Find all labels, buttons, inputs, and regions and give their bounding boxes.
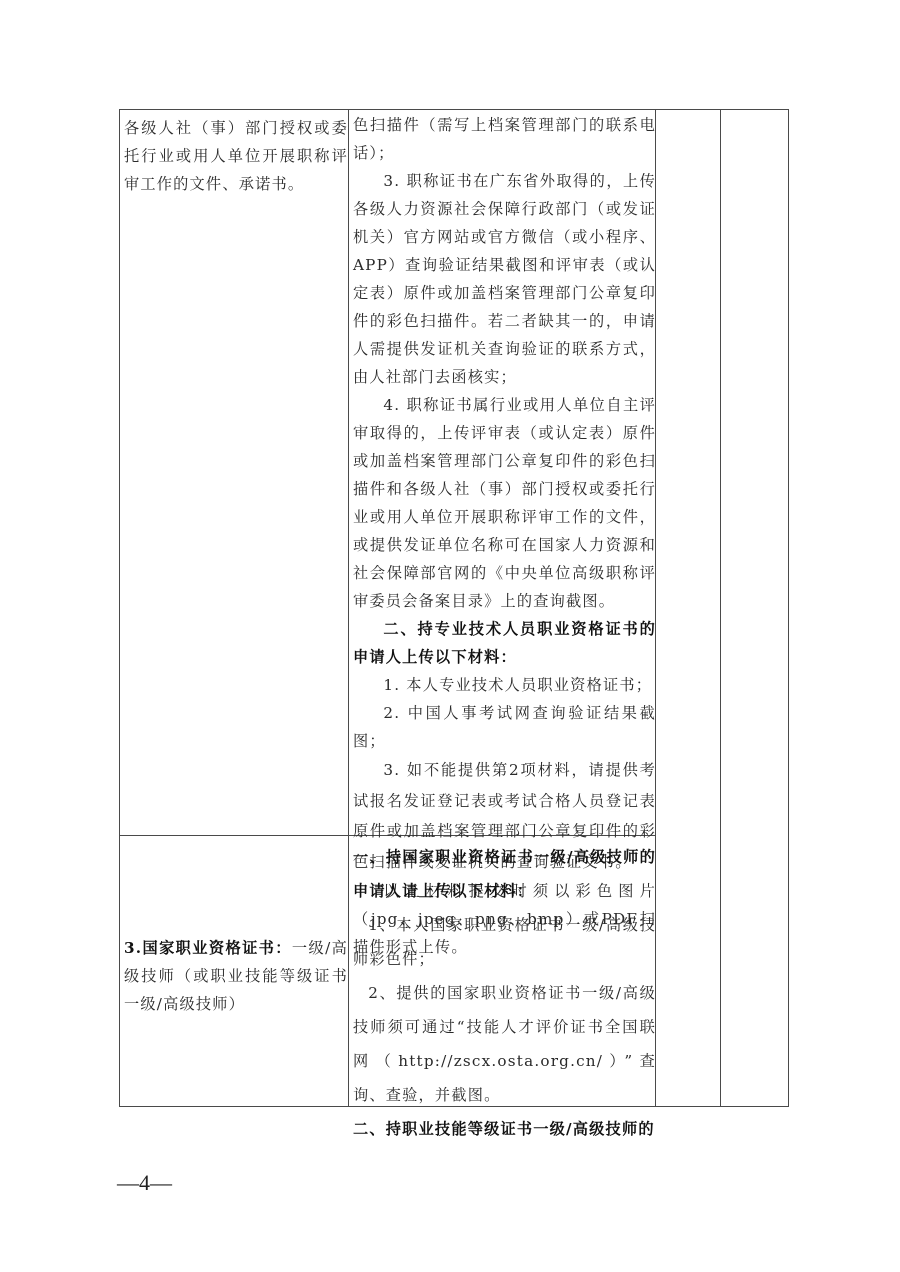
row2-upload-requirements: 一、持国家职业资格证书一级/高级技师的申请人请上传以下材料： 1、本人国家职业资…: [353, 840, 656, 1146]
req-paragraph: 2、提供的国家职业资格证书一级/高级技师须可通过“技能人才评价证书全国联网（ht…: [353, 976, 656, 1112]
req-paragraph: 色扫描件（需写上档案管理部门的联系电话）；: [353, 111, 656, 167]
row1-upload-requirements: 色扫描件（需写上档案管理部门的联系电话）； 3. 职称证书在广东省外取得的，上传…: [353, 111, 656, 961]
page-number: —4—: [117, 1170, 172, 1196]
column-divider: [348, 110, 349, 1106]
req-paragraph: 1、本人国家职业资格证书一级/高级技师彩色件；: [353, 908, 656, 976]
req-paragraph: 1. 本人专业技术人员职业资格证书；: [353, 671, 656, 699]
req-heading: 二、持专业技术人员职业资格证书的申请人上传以下材料：: [353, 615, 656, 671]
column-divider: [720, 110, 721, 1106]
row2-material-name: 3.国家职业资格证书：一级/高级技师（或职业技能等级证书一级/高级技师）: [124, 934, 348, 1018]
req-paragraph: 4. 职称证书属行业或用人单位自主评审取得的，上传评审表（或认定表）原件或加盖档…: [353, 391, 656, 615]
document-page: 各级人社（事）部门授权或委托行业或用人单位开展职称评审工作的文件、承诺书。 色扫…: [0, 0, 900, 1272]
req-paragraph: 2. 中国人事考试网查询验证结果截图；: [353, 699, 656, 755]
row1-material-name: 各级人社（事）部门授权或委托行业或用人单位开展职称评审工作的文件、承诺书。: [124, 114, 348, 198]
req-paragraph: 3. 职称证书在广东省外取得的，上传各级人力资源社会保障行政部门（或发证机关）官…: [353, 167, 656, 391]
requirements-table: 各级人社（事）部门授权或委托行业或用人单位开展职称评审工作的文件、承诺书。 色扫…: [119, 109, 789, 1107]
req-heading: 一、持国家职业资格证书一级/高级技师的申请人请上传以下材料：: [353, 840, 656, 908]
req-heading: 二、持职业技能等级证书一级/高级技师的: [353, 1112, 656, 1146]
row2-material-title: 3.国家职业资格证书：: [124, 939, 292, 957]
